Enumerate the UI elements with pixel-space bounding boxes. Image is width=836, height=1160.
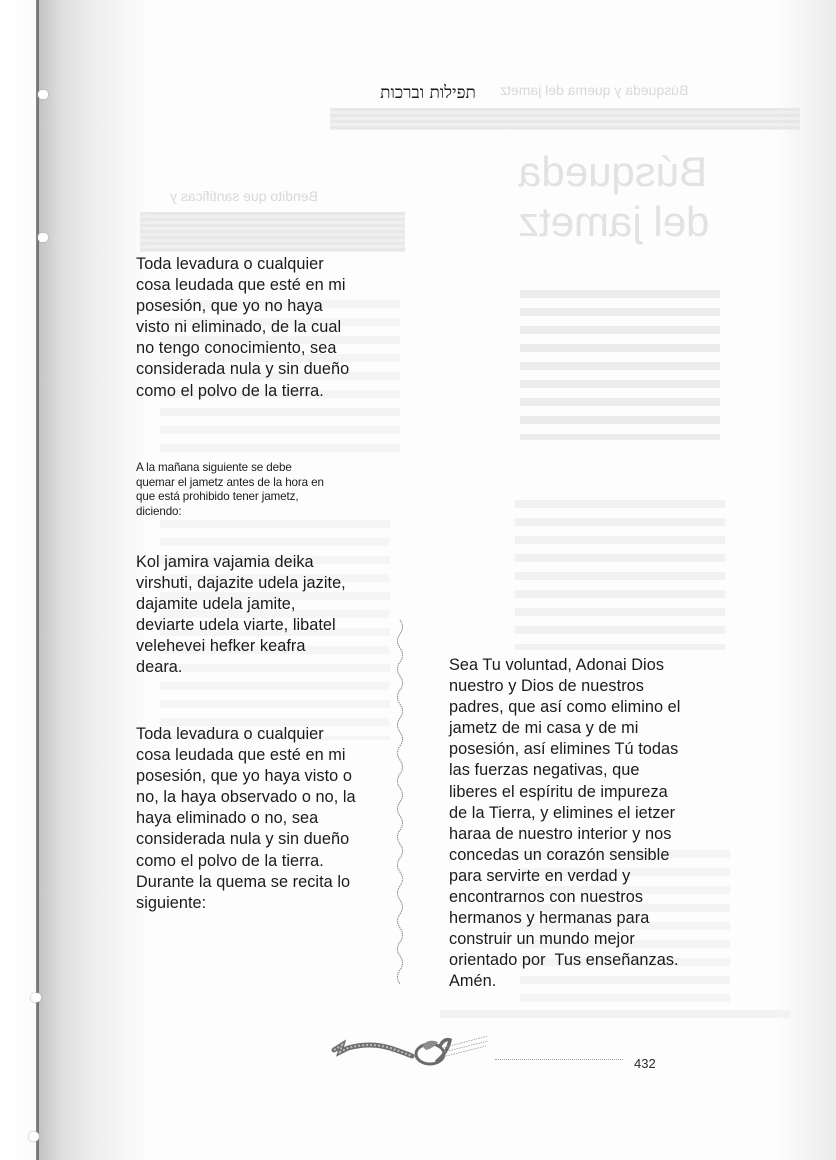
bleed-through-lines xyxy=(520,290,720,440)
text-line: para servirte en verdad y xyxy=(449,866,719,887)
binding-hole-icon xyxy=(31,993,41,1002)
paragraph-nullification-evening: Toda levadura o cualquier cosa leudada q… xyxy=(136,254,398,402)
text-line: Toda levadura o cualquier xyxy=(136,254,398,275)
text-line: cosa leudada que esté en mi xyxy=(136,745,398,766)
text-line: visto ni eliminado, de la cual xyxy=(136,317,398,338)
text-line: las fuerzas negativas, que xyxy=(449,760,719,781)
text-line: como el polvo de la tierra. xyxy=(136,381,398,402)
bleed-through-lines xyxy=(515,500,725,650)
text-line: deviarte udela viarte, libatel xyxy=(136,615,398,636)
text-line: jametz de mi casa y de mi xyxy=(449,718,719,739)
bleed-through-footnote xyxy=(440,1010,790,1022)
text-line: considerada nula y sin dueño xyxy=(136,829,398,850)
gutter-shadow xyxy=(39,0,149,1160)
ribbon-scroll-ornament-icon xyxy=(330,1034,490,1070)
text-line: Amén. xyxy=(449,971,719,992)
text-line: posesión, así elimines Tú todas xyxy=(449,739,719,760)
text-line: virshuti, dajazite udela jazite, xyxy=(136,573,398,594)
book-page: Búsqueda y quema del jametz Búsqueda del… xyxy=(0,0,836,1160)
text-line: considerada nula y sin dueño xyxy=(136,359,398,380)
bleed-through-band xyxy=(330,108,800,130)
page-edge xyxy=(36,0,39,1160)
text-line: haya eliminado o no, sea xyxy=(136,808,398,829)
note-line: A la mañana siguiente se debe xyxy=(136,461,398,476)
text-line: hermanos y hermanas para xyxy=(449,908,719,929)
text-line: deara. xyxy=(136,657,398,678)
text-line: Kol jamira vajamia deika xyxy=(136,552,398,573)
text-line: no tengo conocimiento, sea xyxy=(136,338,398,359)
running-header-title: תפילות וברכות xyxy=(380,83,476,103)
running-header: תפילות וברכות xyxy=(0,83,836,103)
bleed-through-text: Bendito que santificas y xyxy=(170,188,318,204)
page-number: 432 xyxy=(634,1056,656,1071)
text-line: liberes el espíritu de impureza xyxy=(449,782,719,803)
note-line: quemar el jametz antes de la hora en xyxy=(136,476,398,491)
paragraph-kol-jamira-transliteration: Kol jamira vajamia deika virshuti, dajaz… xyxy=(136,552,398,679)
note-line: diciendo: xyxy=(136,505,398,520)
wavy-divider-icon xyxy=(392,620,406,986)
scan-margin xyxy=(0,0,38,1160)
text-line: concedas un corazón sensible xyxy=(449,845,719,866)
bleed-through-title: Búsqueda xyxy=(518,148,707,196)
instruction-note: A la mañana siguiente se debe quemar el … xyxy=(136,461,398,519)
text-line: orientado por Tus enseñanzas. xyxy=(449,950,719,971)
footer-dotted-rule xyxy=(495,1059,623,1060)
text-line: siguiente: xyxy=(136,893,398,914)
text-line: encontrarnos con nuestros xyxy=(449,887,719,908)
note-line: que está prohibido tener jametz, xyxy=(136,490,398,505)
binding-hole-icon xyxy=(38,233,48,242)
text-line: posesión, que yo haya visto o xyxy=(136,766,398,787)
paragraph-nullification-morning: Toda levadura o cualquier cosa leudada q… xyxy=(136,724,398,914)
binding-hole-icon xyxy=(29,1132,39,1141)
text-line: construir un mundo mejor xyxy=(449,929,719,950)
text-line: no, la haya observado o no, la xyxy=(136,787,398,808)
text-line: padres, que así como elimino el xyxy=(449,697,719,718)
text-line: Sea Tu voluntad, Adonai Dios xyxy=(449,655,719,676)
text-line: nuestro y Dios de nuestros xyxy=(449,676,719,697)
text-line: Toda levadura o cualquier xyxy=(136,724,398,745)
bleed-through-title: del jametz xyxy=(518,198,709,246)
text-line: haraa de nuestro interior y nos xyxy=(449,824,719,845)
text-line: dajamite udela jamite, xyxy=(136,594,398,615)
text-line: cosa leudada que esté en mi xyxy=(136,275,398,296)
bleed-through-band xyxy=(140,212,405,252)
text-line: de la Tierra, y elimines el ietzer xyxy=(449,803,719,824)
scan-edge-shadow xyxy=(776,0,836,1160)
text-line: posesión, que yo no haya xyxy=(136,296,398,317)
text-line: Durante la quema se recita lo xyxy=(136,872,398,893)
text-line: como el polvo de la tierra. xyxy=(136,851,398,872)
paragraph-closing-prayer: Sea Tu voluntad, Adonai Dios nuestro y D… xyxy=(449,655,719,993)
text-line: velehevei hefker keafra xyxy=(136,636,398,657)
